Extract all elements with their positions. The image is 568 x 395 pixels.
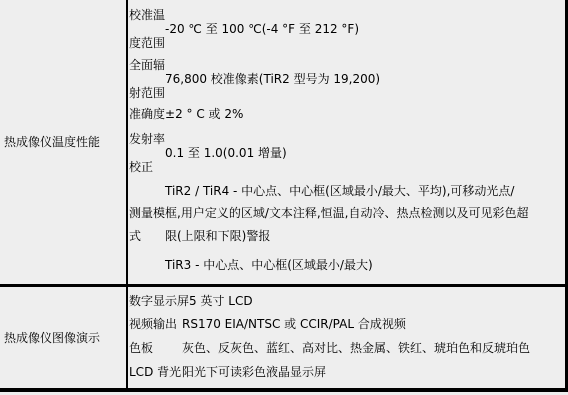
spec-line: -20 ℃ 至 100 ℃(-4 °F 至 212 °F) <box>129 22 566 36</box>
spec-value: 灰色、反灰色、蓝红、高对比、热金属、铁红、琥珀色和反琥珀色 <box>182 341 530 355</box>
spec-term: LCD 背光 <box>129 365 182 379</box>
spec-value: 限(上限和下限)警报 <box>165 229 270 243</box>
spec-line: 全面辐 <box>129 58 566 72</box>
spec-term: 全面辐 <box>129 58 165 72</box>
spec-term: 发射率 <box>129 132 165 146</box>
spec-term: 射范围 <box>129 86 165 100</box>
spec-value: 5 英寸 LCD <box>189 294 253 308</box>
spec-line: 准确度±2 ° C 或 2% <box>129 107 566 121</box>
spec-line: 数字显示屏5 英寸 LCD <box>129 294 566 308</box>
column-divider <box>126 0 128 392</box>
spec-line: 射范围 <box>129 86 566 100</box>
content-cell-temperature-performance: 校准温 -20 ℃ 至 100 ℃(-4 °F 至 212 °F) 度范围 全面… <box>129 0 566 284</box>
spec-line: 色板灰色、反灰色、蓝红、高对比、热金属、铁红、琥珀色和反琥珀色 <box>129 341 566 355</box>
table-bottom-border <box>0 388 568 392</box>
spec-line: 视频输出RS170 EIA/NTSC 或 CCIR/PAL 合成视频 <box>129 317 566 331</box>
spec-value: RS170 EIA/NTSC 或 CCIR/PAL 合成视频 <box>182 317 406 331</box>
spec-term: 校正 <box>129 160 165 174</box>
spec-value: ±2 ° C 或 2% <box>165 107 243 121</box>
spec-term: 校准温 <box>129 8 165 22</box>
spec-line: 校准温 <box>129 8 566 22</box>
spec-line: 式限(上限和下限)警报 <box>129 229 566 243</box>
spec-value: TiR3 - 中心点、中心框(区域最小/最大) <box>165 258 373 272</box>
spec-value: -20 ℃ 至 100 ℃(-4 °F 至 212 °F) <box>165 22 359 36</box>
spec-line: 发射率 <box>129 132 566 146</box>
spec-table: 热成像仪温度性能 热成像仪图像演示 校准温 -20 ℃ 至 100 ℃(-4 °… <box>0 0 568 395</box>
spec-line: 测量模框,用户定义的区域/文本注释,恒温,自动冷、热点检测以及可见彩色超 <box>129 206 566 220</box>
content-cell-image-display: 数字显示屏5 英寸 LCD 视频输出RS170 EIA/NTSC 或 CCIR/… <box>129 287 566 388</box>
spec-line: 校正 <box>129 160 566 174</box>
row-label-cell-temperature-performance: 热成像仪温度性能 <box>0 0 126 284</box>
spec-term: 式 <box>129 229 165 243</box>
row-divider <box>0 284 568 287</box>
spec-value: 测量模框,用户定义的区域/文本注释,恒温,自动冷、热点检测以及可见彩色超 <box>129 206 529 220</box>
spec-line: 0.1 至 1.0(0.01 增量) <box>129 146 566 160</box>
spec-line: LCD 背光阳光下可读彩色液晶显示屏 <box>129 365 566 379</box>
row-label: 热成像仪图像演示 <box>4 331 100 345</box>
spec-term: 数字显示屏 <box>129 294 189 308</box>
spec-term: 度范围 <box>129 36 165 50</box>
spec-line: TiR2 / TiR4 - 中心点、中心框(区域最小/最大、平均),可移动光点/ <box>129 184 566 198</box>
spec-term: 色板 <box>129 341 182 355</box>
spec-line: 76,800 校准像素(TiR2 型号为 19,200) <box>129 72 566 86</box>
spec-value: 0.1 至 1.0(0.01 增量) <box>165 146 287 160</box>
spec-line: 度范围 <box>129 36 566 50</box>
spec-value: 76,800 校准像素(TiR2 型号为 19,200) <box>165 72 380 86</box>
row-label-cell-image-display: 热成像仪图像演示 <box>0 287 126 388</box>
spec-term: 视频输出 <box>129 317 182 331</box>
spec-term: 准确度 <box>129 107 165 121</box>
row-label: 热成像仪温度性能 <box>4 135 100 149</box>
spec-value: TiR2 / TiR4 - 中心点、中心框(区域最小/最大、平均),可移动光点/ <box>165 184 514 198</box>
spec-value: 阳光下可读彩色液晶显示屏 <box>182 365 326 379</box>
spec-line: TiR3 - 中心点、中心框(区域最小/最大) <box>129 258 566 272</box>
